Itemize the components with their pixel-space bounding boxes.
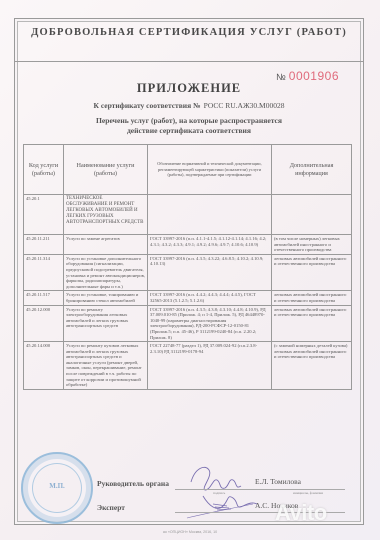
cell-norms: ГОСТ 33997-2016 (п.п. 4.3.5; 4.3.8; 4.3.… (148, 305, 272, 342)
list-title: Перечень услуг (работ), на которые распр… (15, 116, 363, 136)
cell-name: Услуги по ремонту электрооборудования ле… (64, 305, 148, 342)
table-row: 45.20.1 ТЕХНИЧЕСКОЕ ОБСЛУЖИВАНИЕ И РЕМОН… (24, 195, 352, 235)
cell-code: 45.20.11.211 (24, 235, 64, 255)
document-title: ПРИЛОЖЕНИЕ (15, 81, 363, 96)
table-row: 45.20.12.000 Услуги по ремонту электрооб… (24, 305, 352, 342)
cell-code: 45.20.11.517 (24, 291, 64, 305)
header-extra: Дополнительная информация (272, 145, 352, 195)
expert-label: Эксперт (97, 503, 125, 512)
cell-norms: ГОСТ 33997-2016 (п.п. 4.1.1-4.1.5; 4.1.1… (148, 235, 272, 255)
header-code: Код услуги (работы) (24, 145, 64, 195)
cell-norms: ГОСТ 33997-2016 (п.п. 4.3.5; 4.3.22; 4.6… (148, 254, 272, 291)
cell-name: ТЕХНИЧЕСКОЕ ОБСЛУЖИВАНИЕ И РЕМОНТ ЛЕГКОВ… (64, 195, 148, 235)
table-header-row: Код услуги (работы) Наименование услуги … (24, 145, 352, 195)
stamp-text: М.П. (23, 482, 91, 490)
cell-extra: легковых автомобилей иностранного и отеч… (272, 254, 352, 291)
cell-code: 45.20.12.000 (24, 305, 64, 342)
signature-icon (183, 460, 263, 520)
table-row: 45.20.11.517 Услуги по установке, тониро… (24, 291, 352, 305)
cell-extra (272, 195, 352, 235)
cell-name: Услуги по установке, тонированию и брони… (64, 291, 148, 305)
services-table: Код услуги (работы) Наименование услуги … (23, 144, 352, 390)
table-row: 45.20.11.314 Услуги по установке дополни… (24, 254, 352, 291)
header-title: ДОБРОВОЛЬНАЯ СЕРТИФИКАЦИЯ УСЛУГ (РАБОТ) (15, 27, 363, 38)
signature-caption: подпись (213, 491, 225, 495)
cell-extra: легковых автомобилей иностранного и отеч… (272, 305, 352, 342)
cell-code: 45.20.11.314 (24, 254, 64, 291)
head-label: Руководитель органа (97, 479, 169, 488)
cell-norms: ГОСТ 22748-77 (раздел 1), РД 37.009.024-… (148, 342, 272, 390)
list-title-line-2: действие сертификата соответствия (15, 126, 363, 136)
header-band: ДОБРОВОЛЬНАЯ СЕРТИФИКАЦИЯ УСЛУГ (РАБОТ) (15, 19, 363, 62)
cell-extra: легковых автомобилей иностранного и отеч… (272, 291, 352, 305)
stamp-seal: М.П. (21, 452, 93, 524)
head-name: Е.Л. Томилова (255, 477, 301, 486)
cell-norms (148, 195, 272, 235)
avito-watermark: Avito (275, 500, 327, 526)
list-title-line-1: Перечень услуг (работ), на которые распр… (15, 116, 363, 126)
cell-name: Услуги по установке дополнительного обор… (64, 254, 148, 291)
certificate-reference: К сертификату соответствия №РОСС RU.АЖ30… (15, 101, 363, 110)
cell-name: Услуги по ремонту кузовов легковых автом… (64, 342, 148, 390)
cell-extra: (в том числе номерных) легковых автомоби… (272, 235, 352, 255)
watermark-text: Avito (275, 500, 327, 525)
table-row: 45.20.11.211 Услуги по замене агрегатов … (24, 235, 352, 255)
header-norms: Обозначение нормативной и технической до… (148, 145, 272, 195)
table-row: 45.20.14.000 Услуги по ремонту кузовов л… (24, 342, 352, 390)
certificate-frame: ДОБРОВОЛЬНАЯ СЕРТИФИКАЦИЯ УСЛУГ (РАБОТ) … (14, 18, 364, 525)
footer-note: ао «ОПЦИОН» Москва, 2016, 10 (0, 530, 380, 534)
head-name-line (250, 489, 345, 490)
cert-number: РОСС RU.АЖ30.М00028 (204, 101, 285, 110)
cert-label: К сертификату соответствия № (94, 101, 201, 110)
cell-code: 45.20.1 (24, 195, 64, 235)
name-caption: инициалы, фамилия (293, 491, 323, 495)
cell-name: Услуги по замене агрегатов (64, 235, 148, 255)
header-name: Наименование услуги (работы) (64, 145, 148, 195)
cell-extra: (с заменой номерных деталей кузова) легк… (272, 342, 352, 390)
cell-code: 45.20.14.000 (24, 342, 64, 390)
cell-norms: ГОСТ 33997-2016 (п.п. 4.4.2; 4.4.3; 4.4.… (148, 291, 272, 305)
